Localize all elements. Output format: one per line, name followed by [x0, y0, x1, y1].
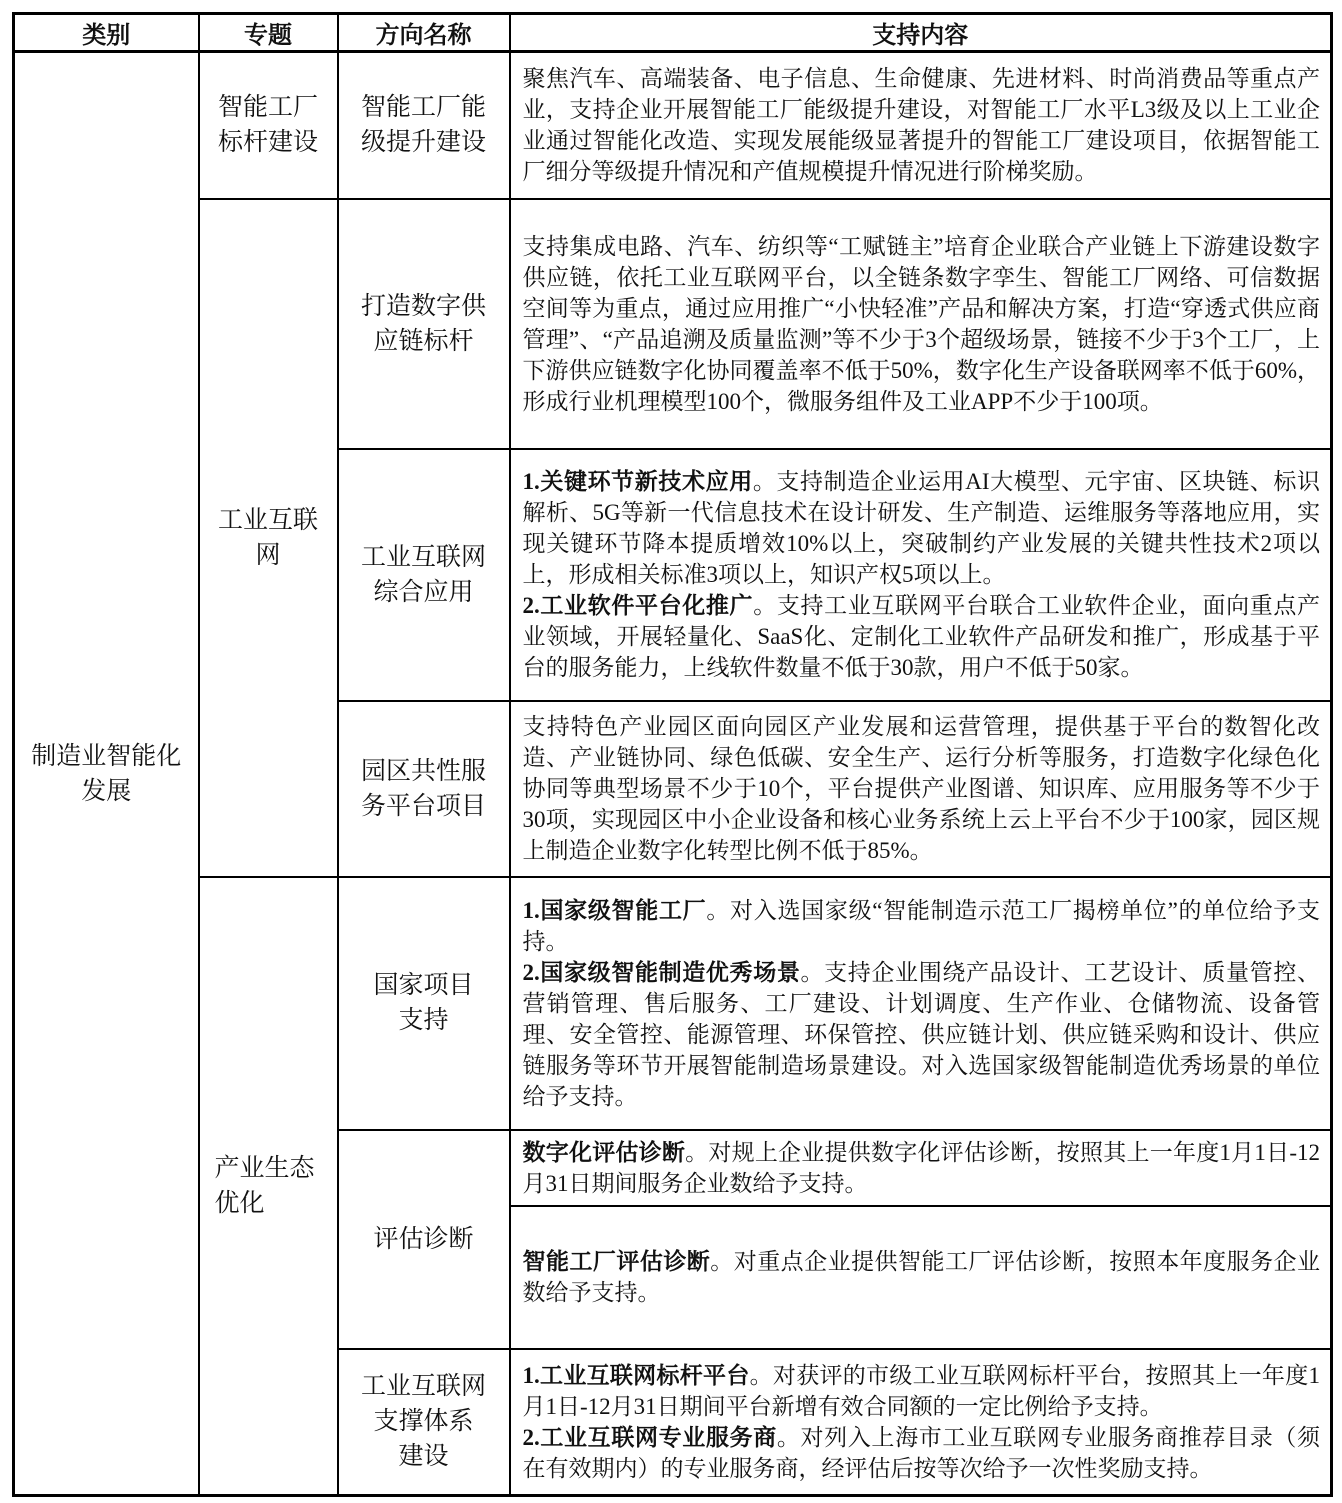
support-cell-digital-supply-chain: 支持集成电路、汽车、纺织等“工赋链主”培育企业联合产业链上下游建设数字供应链，依…: [510, 199, 1332, 449]
direction-cell-support-system: 工业互联网 支撑体系 建设: [338, 1349, 510, 1496]
header-topic: 专题: [199, 14, 338, 52]
table-row-smart-factory-upgrade: 制造业智能化 发展 智能工厂 标杆建设 智能工厂能 级提升建设 聚焦汽车、高端装…: [14, 52, 1332, 199]
bold-run: 2.国家级智能制造优秀场景: [523, 960, 801, 985]
support-paragraph: 聚焦汽车、高端装备、电子信息、生命健康、先进材料、时尚消费品等重点产业，支持企业…: [523, 63, 1321, 187]
support-paragraph: 支持集成电路、汽车、纺织等“工赋链主”培育企业联合产业链上下游建设数字供应链，依…: [523, 231, 1321, 417]
text-run: 支持集成电路、汽车、纺织等“工赋链主”培育企业联合产业链上下游建设数字供应链，依…: [523, 234, 1321, 414]
direction-cell-national-projects: 国家项目 支持: [338, 877, 510, 1130]
header-direction: 方向名称: [338, 14, 510, 52]
text-run: 支持特色产业园区面向园区产业发展和运营管理，提供基于平台的数智化改造、产业链协同…: [523, 714, 1321, 863]
support-paragraph: 支持特色产业园区面向园区产业发展和运营管理，提供基于平台的数智化改造、产业链协同…: [523, 711, 1321, 866]
direction-cell-digital-supply-chain: 打造数字供 应链标杆: [338, 199, 510, 449]
support-cell-park-service-platform: 支持特色产业园区面向园区产业发展和运营管理，提供基于平台的数智化改造、产业链协同…: [510, 701, 1332, 877]
header-category: 类别: [14, 14, 199, 52]
bold-run: 1.工业互联网标杆平台: [523, 1363, 750, 1388]
category-cell-manufacturing-intelligence: 制造业智能化 发展: [14, 52, 199, 1496]
support-paragraph: 1.关键环节新技术应用。支持制造企业运用AI大模型、元宇宙、区块链、标识解析、5…: [523, 466, 1321, 590]
direction-cell-industrial-internet-application: 工业互联网 综合应用: [338, 449, 510, 701]
text-run: 聚焦汽车、高端装备、电子信息、生命健康、先进材料、时尚消费品等重点产业，支持企业…: [523, 66, 1321, 184]
support-paragraph: 2.工业软件平台化推广。支持工业互联网平台联合工业软件企业，面向重点产业领域，开…: [523, 590, 1321, 683]
support-paragraph: 数字化评估诊断。对规上企业提供数字化评估诊断，按照其上一年度1月1日-12月31…: [523, 1137, 1321, 1199]
bold-run: 2.工业互联网专业服务商: [523, 1425, 777, 1450]
table-row-national-projects: 产业生态 优化 国家项目 支持 1.国家级智能工厂。对入选国家级“智能制造示范工…: [14, 877, 1332, 1130]
direction-cell-smart-factory-upgrade: 智能工厂能 级提升建设: [338, 52, 510, 199]
direction-cell-assessment-diagnosis: 评估诊断: [338, 1130, 510, 1349]
support-paragraph: 2.国家级智能制造优秀场景。支持企业围绕产品设计、工艺设计、质量管控、营销管理、…: [523, 957, 1321, 1112]
topic-cell-smart-factory-benchmark: 智能工厂 标杆建设: [199, 52, 338, 199]
support-cell-industrial-internet-application: 1.关键环节新技术应用。支持制造企业运用AI大模型、元宇宙、区块链、标识解析、5…: [510, 449, 1332, 701]
bold-run: 数字化评估诊断: [523, 1140, 686, 1165]
header-support: 支持内容: [510, 14, 1332, 52]
support-paragraph: 1.工业互联网标杆平台。对获评的市级工业互联网标杆平台，按照其上一年度1月1日-…: [523, 1360, 1321, 1422]
support-paragraph: 1.国家级智能工厂。对入选国家级“智能制造示范工厂揭榜单位”的单位给予支持。: [523, 895, 1321, 957]
support-cell-smart-factory-upgrade: 聚焦汽车、高端装备、电子信息、生命健康、先进材料、时尚消费品等重点产业，支持企业…: [510, 52, 1332, 199]
support-policy-table: 类别 专题 方向名称 支持内容 制造业智能化 发展 智能工厂 标杆建设 智能工厂…: [12, 12, 1333, 1497]
support-cell-national-projects: 1.国家级智能工厂。对入选国家级“智能制造示范工厂揭榜单位”的单位给予支持。 2…: [510, 877, 1332, 1130]
bold-run: 2.工业软件平台化推广: [523, 593, 754, 618]
topic-cell-industry-ecosystem: 产业生态 优化: [199, 877, 338, 1496]
support-paragraph: 2.工业互联网专业服务商。对列入上海市工业互联网专业服务商推荐目录（须在有效期内…: [523, 1422, 1321, 1484]
direction-cell-park-service-platform: 园区共性服 务平台项目: [338, 701, 510, 877]
support-cell-support-system: 1.工业互联网标杆平台。对获评的市级工业互联网标杆平台，按照其上一年度1月1日-…: [510, 1349, 1332, 1496]
topic-cell-industrial-internet: 工业互联 网: [199, 199, 338, 877]
support-cell-smart-factory-assessment: 智能工厂评估诊断。对重点企业提供智能工厂评估诊断，按照本年度服务企业数给予支持。: [510, 1206, 1332, 1349]
bold-run: 1.关键环节新技术应用: [523, 469, 753, 494]
bold-run: 1.国家级智能工厂: [523, 898, 707, 923]
support-cell-digital-assessment: 数字化评估诊断。对规上企业提供数字化评估诊断，按照其上一年度1月1日-12月31…: [510, 1130, 1332, 1206]
document-page: 类别 专题 方向名称 支持内容 制造业智能化 发展 智能工厂 标杆建设 智能工厂…: [0, 0, 1342, 1503]
support-paragraph: 智能工厂评估诊断。对重点企业提供智能工厂评估诊断，按照本年度服务企业数给予支持。: [523, 1246, 1321, 1308]
bold-run: 智能工厂评估诊断: [523, 1249, 711, 1274]
table-row-digital-supply-chain: 工业互联 网 打造数字供 应链标杆 支持集成电路、汽车、纺织等“工赋链主”培育企…: [14, 199, 1332, 449]
header-row: 类别 专题 方向名称 支持内容: [14, 14, 1332, 52]
